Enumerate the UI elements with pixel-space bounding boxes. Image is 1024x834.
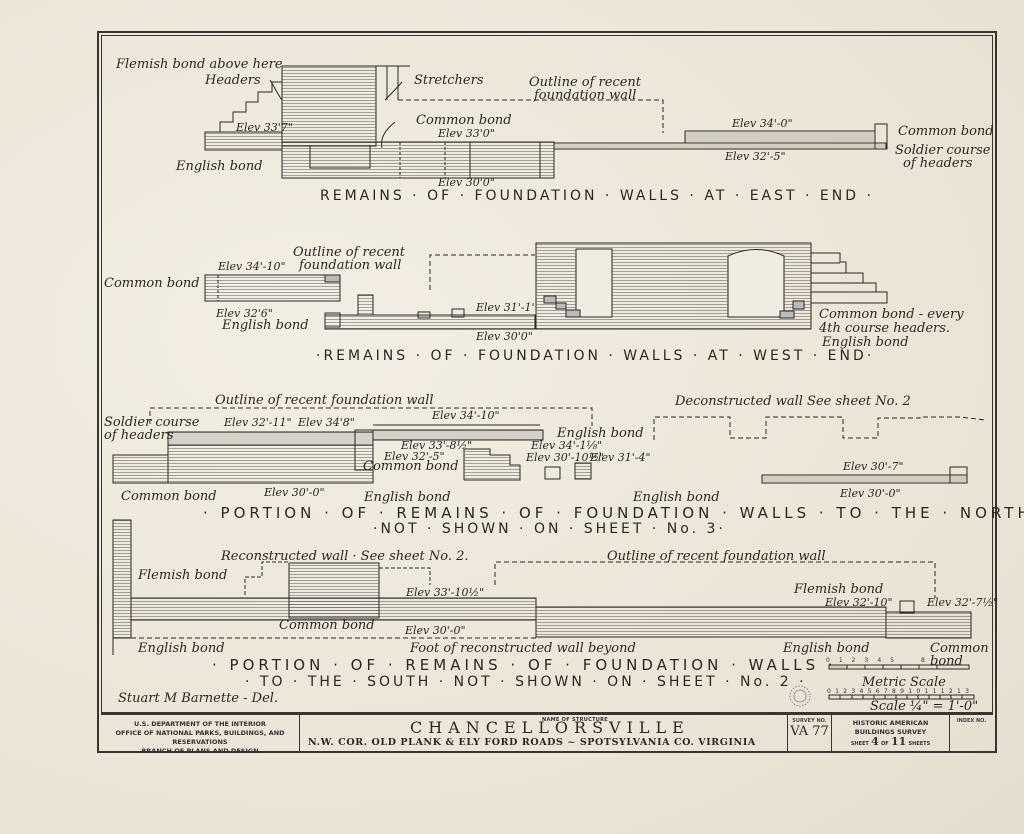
imperial-scale-label: Scale ¼" = 1'-0" [870, 700, 978, 713]
label-common-bond-left: Common bond [121, 490, 217, 503]
index-cell: INDEX NO. [950, 715, 993, 751]
label-elev-33-10: Elev 33'-10½" [406, 587, 484, 598]
label-foot: Foot of reconstructed wall beyond [410, 642, 636, 655]
section-title-north-2: ·NOT · SHOWN · ON · SHEET · No. 3· [373, 522, 726, 536]
label-outline-2: foundation wall [534, 89, 636, 102]
delineator-signature: Stuart M Barnette - Del. [118, 692, 278, 705]
structure-cell: NAME OF STRUCTURE CHANCELLORSVILLE N.W. … [300, 715, 788, 751]
habs-cell: HISTORIC AMERICAN BUILDINGS SURVEY SHEET… [832, 715, 950, 751]
label-elev-30-0: Elev 30'-0" [264, 487, 325, 498]
label-elev-34-10: Elev 34'-10" [218, 261, 286, 272]
section-title-south: · PORTION · OF · REMAINS · OF · FOUNDATI… [212, 658, 837, 673]
label-elev-33-0: Elev 33'0" [438, 128, 495, 139]
survey-no: VA 77 [788, 724, 831, 739]
label-english-bond: English bond [222, 319, 309, 332]
label-elev-34-8: Elev 34'8" [298, 417, 355, 428]
imperial-scale-ticks: 012345678910111213 [827, 688, 973, 695]
agency-cell: U.S. DEPARTMENT OF THE INTERIOR OFFICE O… [101, 715, 300, 751]
label-elev-31-1: Elev 31'-1' [476, 302, 535, 313]
label-english-bond-mid: English bond [633, 491, 720, 504]
label-elev-30-0-right: Elev 30'-0" [840, 488, 901, 499]
label-elev-30-0: Elev 30'0" [476, 331, 533, 342]
label-elev-34-0: Elev 34'-0" [732, 118, 793, 129]
section-title-south-2: · TO · THE · SOUTH · NOT · SHOWN · ON · … [245, 675, 807, 689]
section-title-west-end: ·REMAINS · OF · FOUNDATION · WALLS · AT … [316, 349, 874, 363]
agency-line-2: OFFICE OF NATIONAL PARKS, BUILDINGS, AND… [101, 729, 299, 747]
label-english-bond-bottom: English bond [364, 491, 451, 504]
label-elev-32-5: Elev 32'-5" [725, 151, 786, 162]
label-elev-34-10: Elev 34'-10" [432, 410, 500, 421]
metric-scale-ticks: 0123458 [826, 657, 934, 664]
label-common-bond: Common bond [279, 619, 375, 632]
label-common-right-2: bond [930, 655, 963, 668]
label-english-bond-right: English bond [783, 642, 870, 655]
sheet-count: SHEET 4 OF 11 SHEETS [832, 737, 949, 749]
section-title-north: · PORTION · OF · REMAINS · OF · FOUNDATI… [203, 506, 1024, 521]
label-elev-30-7: Elev 30'-7" [843, 461, 904, 472]
label-soldier-2: of headers [104, 429, 174, 442]
structure-location: N.W. COR. OLD PLANK & ELY FORD ROADS ~ S… [308, 737, 756, 748]
label-elev-30-0: Elev 30'0" [438, 177, 495, 188]
label-fourth-course: 4th course headers. [819, 322, 950, 335]
label-stretchers: Stretchers [414, 74, 484, 87]
survey-no-label: SURVEY NO. [788, 715, 831, 724]
label-elev-34-1: Elev 34'-1⅛" [531, 440, 602, 451]
label-elev-32-10: Elev 32'-10" [825, 597, 893, 608]
label-english-bond: English bond [176, 160, 263, 173]
index-no-label: INDEX NO. [950, 715, 993, 724]
label-elev-32-11: Elev 32'-11" [224, 417, 292, 428]
label-flemish-left: Flemish bond [138, 569, 227, 582]
label-reconstructed: Reconstructed wall · See sheet No. 2. [221, 550, 469, 563]
habs-line-1: HISTORIC AMERICAN [832, 719, 949, 728]
label-deconstructed: Deconstructed wall See sheet No. 2 [675, 395, 911, 408]
label-common-bond-mid: Common bond [363, 460, 459, 473]
label-flemish-above: Flemish bond above here [116, 58, 283, 71]
label-common-bond: Common bond [104, 277, 200, 290]
section-title-east-end: REMAINS · OF · FOUNDATION · WALLS · AT ·… [320, 189, 874, 203]
label-elev-31-4: Elev 31'-4" [590, 452, 651, 463]
label-outline-2: foundation wall [299, 259, 401, 272]
label-soldier-2: of headers [903, 157, 973, 170]
structure-name: CHANCELLORSVILLE [410, 718, 690, 737]
label-english-bond-left: English bond [138, 642, 225, 655]
label-elev-33-7: Elev 33'7" [236, 122, 293, 133]
label-outline: Outline of recent foundation wall [607, 550, 826, 563]
title-block: U.S. DEPARTMENT OF THE INTERIOR OFFICE O… [101, 713, 993, 751]
label-elev-30-0: Elev 30'-0" [405, 625, 466, 636]
sheet-total: 11 [891, 735, 906, 748]
label-headers: Headers [205, 74, 261, 87]
sheet-number: 4 [871, 735, 879, 748]
agency-line-1: U.S. DEPARTMENT OF THE INTERIOR [101, 720, 299, 729]
label-elev-32-7: Elev 32'-7½" [927, 597, 998, 608]
label-outline: Outline of recent foundation wall [215, 394, 434, 407]
survey-cell: SURVEY NO. VA 77 [788, 715, 832, 751]
label-common-every: Common bond - every [819, 308, 964, 321]
label-common-bond: Common bond [416, 114, 512, 127]
label-flemish-right: Flemish bond [794, 583, 883, 596]
label-common-bond-right: Common bond [898, 125, 994, 138]
agency-line-3: BRANCH OF PLANS AND DESIGN [101, 747, 299, 756]
